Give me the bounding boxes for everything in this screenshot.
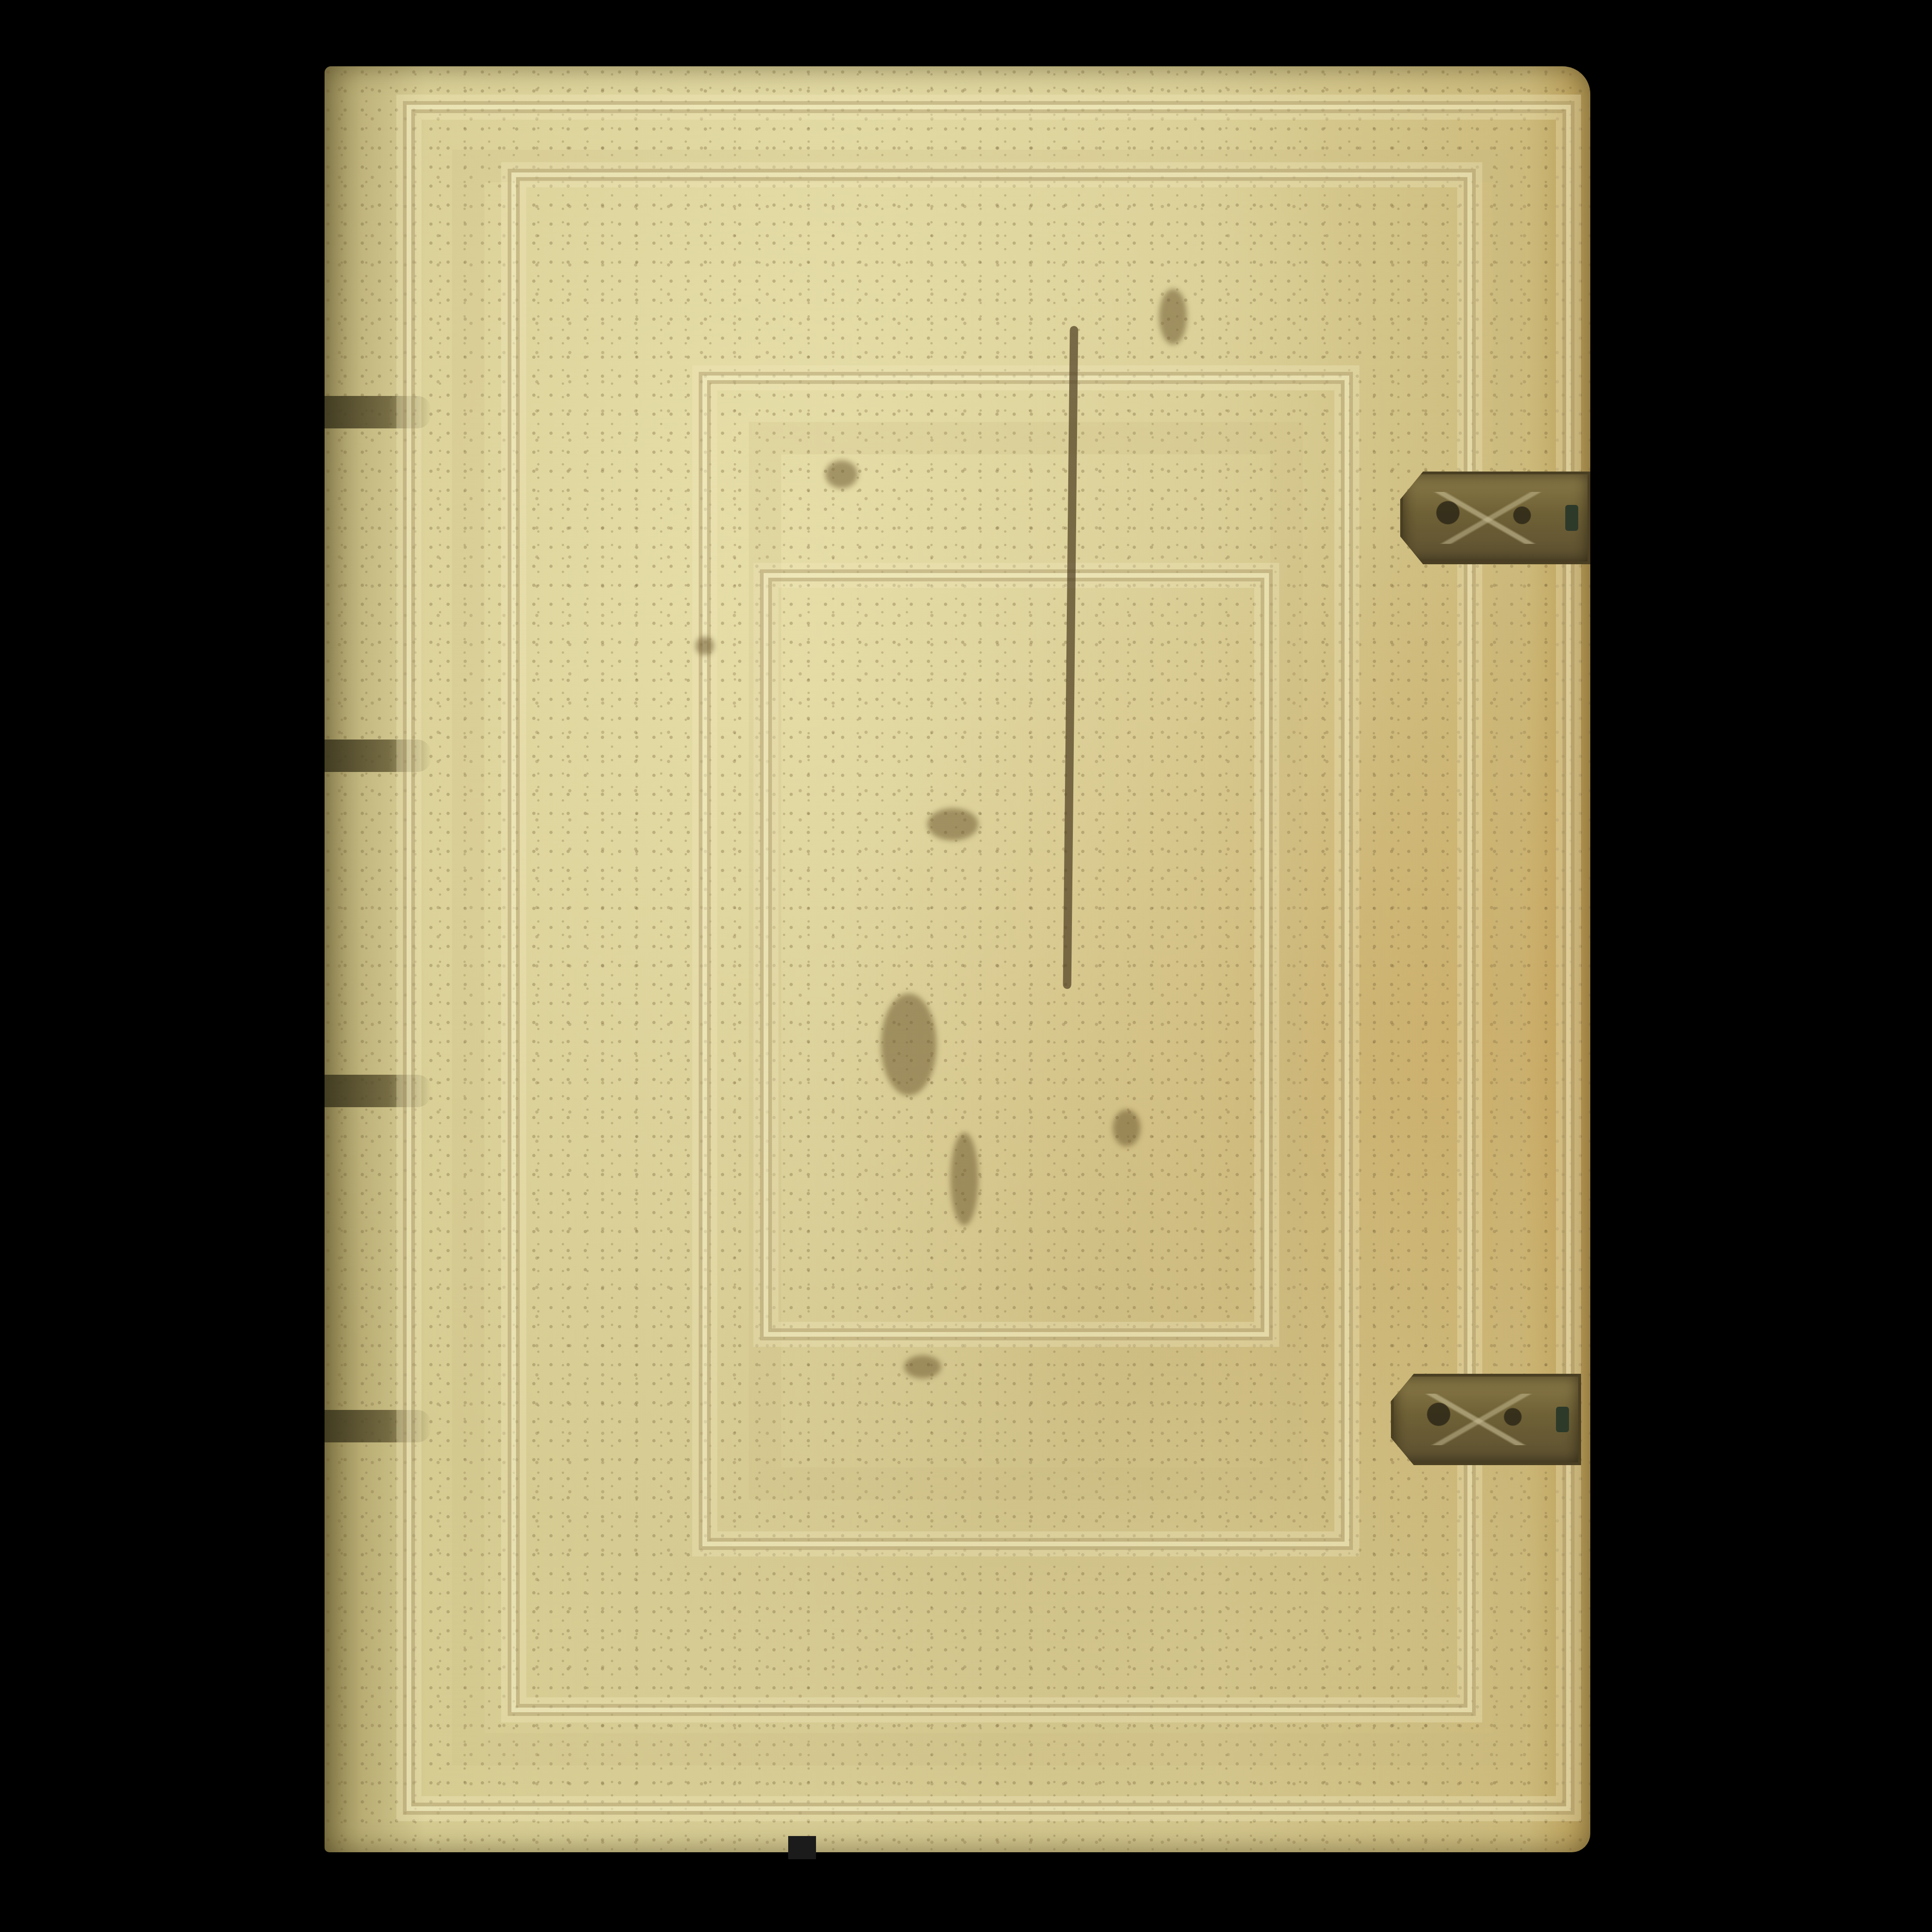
floral-ornament-icon xyxy=(1431,492,1545,544)
hinge-pin-icon xyxy=(1556,1407,1569,1433)
stain xyxy=(825,460,858,488)
stain xyxy=(1159,289,1187,344)
stain xyxy=(904,1355,941,1378)
stain xyxy=(950,1133,978,1225)
center-panel-frame xyxy=(764,573,1269,1337)
lower-clasp xyxy=(1391,1374,1581,1465)
hinge-pin-icon xyxy=(1565,505,1578,531)
stain xyxy=(881,994,937,1096)
bookmark-ribbon xyxy=(788,1836,816,1859)
stain xyxy=(695,637,714,655)
book-cover xyxy=(325,66,1590,1852)
upper-clasp xyxy=(1400,472,1590,564)
stain xyxy=(1113,1109,1141,1147)
floral-ornament-icon xyxy=(1422,1394,1536,1445)
stain xyxy=(927,808,978,841)
